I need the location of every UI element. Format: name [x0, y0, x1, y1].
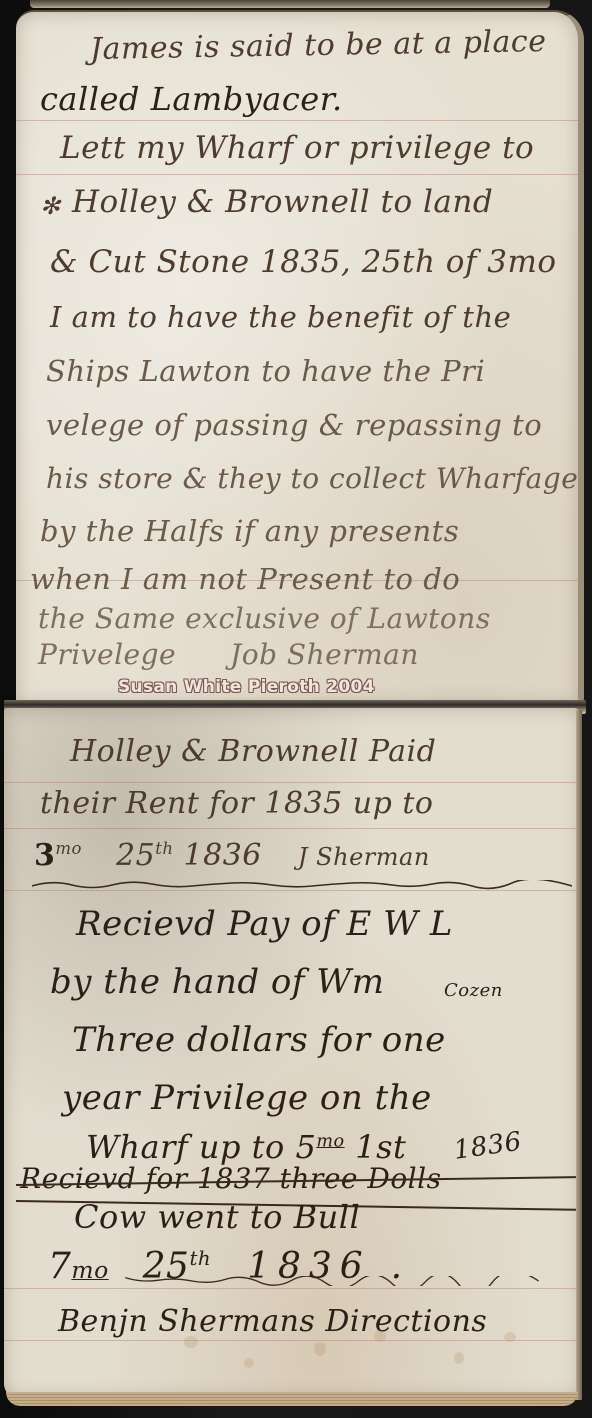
page-stack-edge	[6, 1392, 578, 1406]
date-line: 3mo 25th 1836 J Sherman	[34, 838, 430, 873]
handwritten-line: by the hand of Wm	[50, 962, 384, 1002]
page-stack-edge	[576, 710, 582, 1400]
date-month: 7	[48, 1246, 71, 1287]
date-day-suffix: th	[189, 1247, 211, 1270]
margin-asterisk-icon: ✻	[40, 192, 61, 220]
wharf-text: Wharf up to 5	[86, 1128, 316, 1166]
date-day: 25	[116, 838, 155, 873]
ruled-line	[4, 890, 580, 891]
upper-page: James is said to be at a place called La…	[16, 10, 584, 704]
date-year: 1836	[184, 838, 262, 873]
month-suffix: mo	[316, 1131, 344, 1151]
squiggle-divider	[84, 1276, 580, 1286]
handwritten-line: Benjn Shermans Directions	[58, 1304, 487, 1339]
handwritten-line: Holley & Brownell to land	[72, 184, 493, 220]
handwritten-line: year Privilege on the	[62, 1078, 432, 1118]
signature-job-sherman: Job Sherman	[230, 638, 419, 671]
handwritten-line: Recievd Pay of E W L	[76, 904, 453, 944]
date-day-suffix: th	[155, 839, 173, 858]
copyright-watermark: Susan White Pieroth 2004	[118, 677, 375, 697]
signature-j-sherman: J Sherman	[298, 843, 430, 871]
handwritten-line: James is said to be at a place	[90, 24, 547, 67]
handwritten-line: the Same exclusive of Lawtons	[38, 602, 491, 635]
lower-page: Holley & Brownell Paid their Rent for 18…	[4, 708, 580, 1398]
handwritten-line: I am to have the benefit of the	[50, 300, 511, 334]
handwritten-line: Holley & Brownell Paid	[70, 734, 436, 769]
handwritten-line: & Cut Stone 1835, 25th of 3mo	[50, 244, 557, 280]
ruled-line	[4, 782, 580, 783]
day-value: 1st	[355, 1128, 406, 1166]
handwritten-line: called Lambyacer.	[40, 80, 343, 118]
handwritten-line: Cow went to Bull	[74, 1198, 360, 1236]
ruled-line	[16, 174, 578, 175]
handwritten-line: Ships Lawton to have the Pri	[46, 354, 485, 388]
name-superscript-cozen: Cozen	[444, 980, 503, 1001]
stain	[454, 1352, 464, 1364]
ruled-line	[16, 120, 578, 121]
date-month-suffix: mo	[55, 839, 82, 858]
handwritten-line: velege of passing & repassing to	[46, 408, 542, 442]
stain	[184, 1336, 198, 1348]
handwritten-line: Privelege	[38, 638, 176, 671]
ruled-line	[4, 828, 580, 829]
handwritten-line: when I am not Present to do	[30, 562, 460, 596]
handwritten-line: his store & they to collect Wharfage	[46, 462, 578, 495]
handwritten-line: Three dollars for one	[72, 1020, 446, 1060]
stain	[314, 1342, 326, 1356]
stain	[244, 1358, 254, 1368]
handwritten-line: by the Halfs if any presents	[40, 514, 459, 548]
date-month: 3	[34, 838, 55, 873]
handwritten-line: their Rent for 1835 up to	[40, 786, 433, 821]
stain	[374, 1330, 386, 1342]
ruled-line	[4, 1340, 580, 1341]
squiggle-divider	[32, 880, 572, 890]
ruled-line	[4, 1288, 580, 1289]
year-1836: 1836	[452, 1127, 524, 1166]
binding-edge	[30, 0, 550, 8]
stain	[504, 1332, 516, 1342]
handwritten-line: Lett my Wharf or privilege to	[60, 130, 534, 166]
handwritten-line: Wharf up to 5mo 1st	[86, 1128, 406, 1166]
